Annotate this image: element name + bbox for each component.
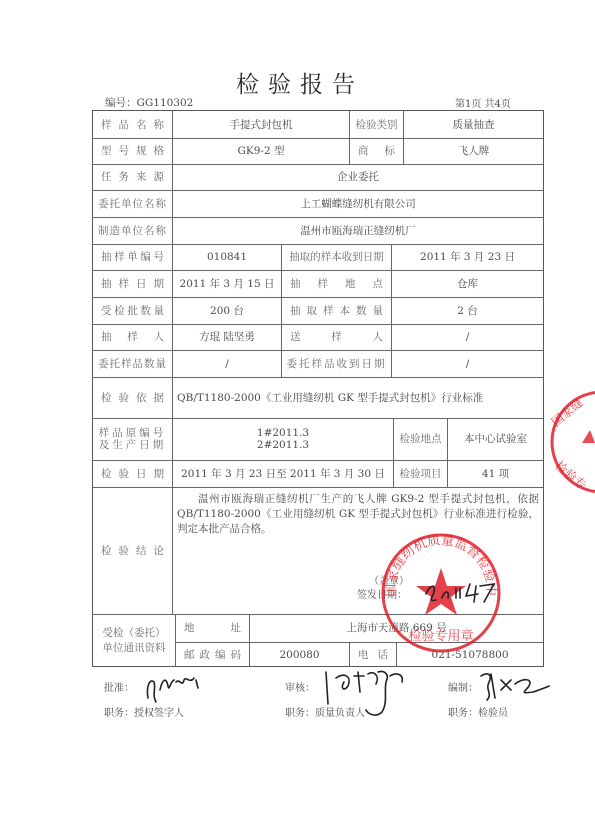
label-char: 数: [140, 305, 151, 317]
label-char: 验: [119, 392, 130, 404]
value-basis: QB/T1180-2000《工业用缝纫机 GK 型手提式封包机》行业标准: [173, 377, 543, 418]
value-sample-origin: 1#2011.3 2#2011.3: [173, 418, 393, 460]
compile-label: 编制：: [448, 679, 478, 694]
review-label: 审核：: [285, 679, 315, 694]
sample-origin-1: 1#2011.3: [257, 427, 309, 439]
label-sampling-place: 抽样地点: [282, 270, 391, 297]
label-char: 人: [373, 331, 384, 343]
label-sample-origin: 样品原编号 及生产日期: [93, 418, 172, 460]
value-sample-received: 2011 年 3 月 23 日: [392, 244, 543, 270]
label-char: 取: [307, 305, 318, 317]
label-contact-line1: 受检（委托）: [103, 626, 166, 641]
value-inspection-type: 质量抽查: [404, 111, 543, 138]
label-batch-qty: 受检批数量: [93, 297, 172, 324]
label-char: 样: [101, 119, 112, 131]
label-char: 规: [136, 145, 147, 157]
label-char: 来: [136, 171, 147, 183]
label-char: 政: [200, 649, 211, 661]
label-char: 编: [140, 251, 151, 263]
value-sample-qty: 2 台: [392, 297, 543, 324]
label-char: 样: [318, 278, 329, 290]
label-char: 编: [215, 649, 226, 661]
value-entrusted-received: /: [392, 350, 543, 377]
label-char: 据: [154, 392, 165, 404]
label-char: 样: [323, 305, 334, 317]
label-conclusion: 检验结论: [93, 487, 172, 614]
compile-title: 职务：检验员: [448, 704, 508, 719]
value-model: GK9-2 型: [173, 138, 349, 164]
label-char: 邮: [184, 649, 195, 661]
label-char: 号: [154, 251, 165, 263]
label-char: 批: [127, 305, 138, 317]
label-sampler: 抽样人: [93, 324, 172, 350]
label-inspection-place: 检验地点: [394, 418, 447, 460]
value-task-source: 企业委托: [173, 164, 543, 190]
label-trademark: 商标: [350, 138, 403, 164]
label-char: 源: [154, 171, 165, 183]
label-char: 受: [101, 305, 112, 317]
value-sampling-no: 010841: [173, 244, 281, 270]
value-trademark: 飞人牌: [404, 138, 543, 164]
label-char: 送: [290, 331, 301, 343]
label-char: 地: [345, 278, 356, 290]
label-char: 检: [114, 305, 125, 317]
label-char: 抽: [101, 278, 112, 290]
label-char: 务: [119, 171, 130, 183]
value-client: 上工蝴蝶缝纫机有限公司: [173, 190, 543, 217]
label-char: 数: [356, 305, 367, 317]
value-entrusted-qty: /: [173, 350, 281, 377]
label-char: 检: [101, 392, 112, 404]
value-address: 上海市天潼路 669 号: [250, 614, 543, 642]
label-char: 验: [119, 468, 130, 480]
page-indicator: 第1页 共4页: [455, 95, 511, 110]
label-char: 依: [136, 392, 147, 404]
label-char: 电: [358, 649, 369, 661]
label-char: 日: [136, 468, 147, 480]
label-char: 日: [136, 278, 147, 290]
value-sample-name: 手提式封包机: [173, 111, 349, 138]
value-conclusion: 温州市瓯海瑞正缝纫机厂生产的飞人牌 GK9-2 型手提式封包机，依据 QB/T1…: [177, 492, 539, 537]
label-contact-line2: 单位通讯资料: [103, 641, 166, 656]
label-sampling-no: 抽样单编号: [93, 244, 172, 270]
label-char: 型: [101, 145, 112, 157]
label-basis: 检验依据: [93, 377, 172, 418]
label-char: 抽: [290, 305, 301, 317]
label-char: 任: [101, 171, 112, 183]
label-char: 址: [231, 622, 242, 634]
approver-signature: [140, 668, 210, 708]
label-entrusted-received: 委托样品收到日期: [282, 350, 391, 377]
label-inspection-date: 检验日期: [93, 460, 172, 487]
label-postcode: 邮政编码: [176, 642, 249, 667]
label-char: 商: [358, 145, 369, 157]
label-sample-origin-line1: 样品原编号: [99, 427, 167, 439]
label-char: 号: [119, 145, 130, 157]
label-entrusted-qty: 委托样品数量: [93, 350, 172, 377]
label-char: 话: [378, 649, 389, 661]
label-char: 量: [154, 305, 165, 317]
reviewer-signature: [318, 662, 418, 722]
label-char: 论: [154, 545, 165, 557]
label-char: 检: [101, 545, 112, 557]
label-char: 地: [184, 622, 195, 634]
label-char: 称: [154, 119, 165, 131]
label-inspection-type: 检验类别: [350, 111, 403, 138]
document-number: 编号：GG110302: [105, 95, 193, 110]
label-address: 地址: [176, 614, 249, 642]
value-batch-qty: 200 台: [173, 297, 281, 324]
label-model: 型号规格: [93, 138, 172, 164]
issue-date-label: 签发日期：: [357, 586, 407, 601]
label-sample-origin-line2: 及生产日期: [99, 439, 167, 451]
seal-label: （盖章）: [369, 572, 409, 587]
label-char: 结: [136, 545, 147, 557]
label-sample-qty: 抽取样本数量: [282, 297, 391, 324]
seam-stamp: 国家缝 检验专: [540, 385, 595, 500]
value-inspection-place: 本中心试验室: [448, 418, 543, 460]
value-sender: /: [392, 324, 543, 350]
label-char: 样: [114, 251, 125, 263]
label-char: 名: [136, 119, 147, 131]
label-sampling-date: 抽样日期: [93, 270, 172, 297]
value-inspection-items: 41 项: [448, 460, 543, 487]
label-char: 量: [373, 305, 384, 317]
label-inspection-items: 检验项目: [394, 460, 447, 487]
label-manufacturer: 制造单位名称: [93, 217, 172, 244]
label-client: 委托单位名称: [93, 190, 172, 217]
label-char: 样: [331, 331, 342, 343]
label-char: 期: [154, 468, 165, 480]
label-char: 标: [385, 145, 396, 157]
label-char: 检: [101, 468, 112, 480]
label-char: 抽: [101, 251, 112, 263]
label-char: 抽: [290, 278, 301, 290]
approve-label: 批准：: [104, 679, 134, 694]
label-sample-received: 抽取的样本收到日期: [282, 244, 391, 270]
label-char: 抽: [101, 331, 112, 343]
label-char: 期: [154, 278, 165, 290]
label-char: 码: [231, 649, 242, 661]
value-manufacturer: 温州市瓯海瑞正缝纫机厂: [173, 217, 543, 244]
label-contact: 受检（委托） 单位通讯资料: [93, 614, 175, 667]
label-char: 点: [373, 278, 384, 290]
svg-text:国家缝: 国家缝: [548, 395, 585, 430]
value-sampling-date: 2011 年 3 月 15 日: [173, 270, 281, 297]
label-char: 本: [340, 305, 351, 317]
label-sample-name: 样品名称: [93, 111, 172, 138]
sample-origin-2: 2#2011.3: [257, 439, 309, 451]
label-char: 样: [127, 331, 138, 343]
label-char: 品: [119, 119, 130, 131]
value-inspection-date: 2011 年 3 月 23 日至 2011 年 3 月 30 日: [173, 460, 393, 487]
label-char: 验: [119, 545, 130, 557]
label-char: 单: [127, 251, 138, 263]
label-char: 样: [119, 278, 130, 290]
value-sampler: 方琨 陆坚勇: [173, 324, 281, 350]
svg-text:检验专: 检验专: [552, 458, 589, 493]
compiler-signature: [475, 664, 555, 704]
label-char: 格: [154, 145, 165, 157]
label-sender: 送样人: [282, 324, 391, 350]
label-task-source: 任务来源: [93, 164, 172, 190]
value-sampling-place: 仓库: [392, 270, 543, 297]
issue-date-handwriting: [422, 576, 502, 606]
label-char: 人: [154, 331, 165, 343]
